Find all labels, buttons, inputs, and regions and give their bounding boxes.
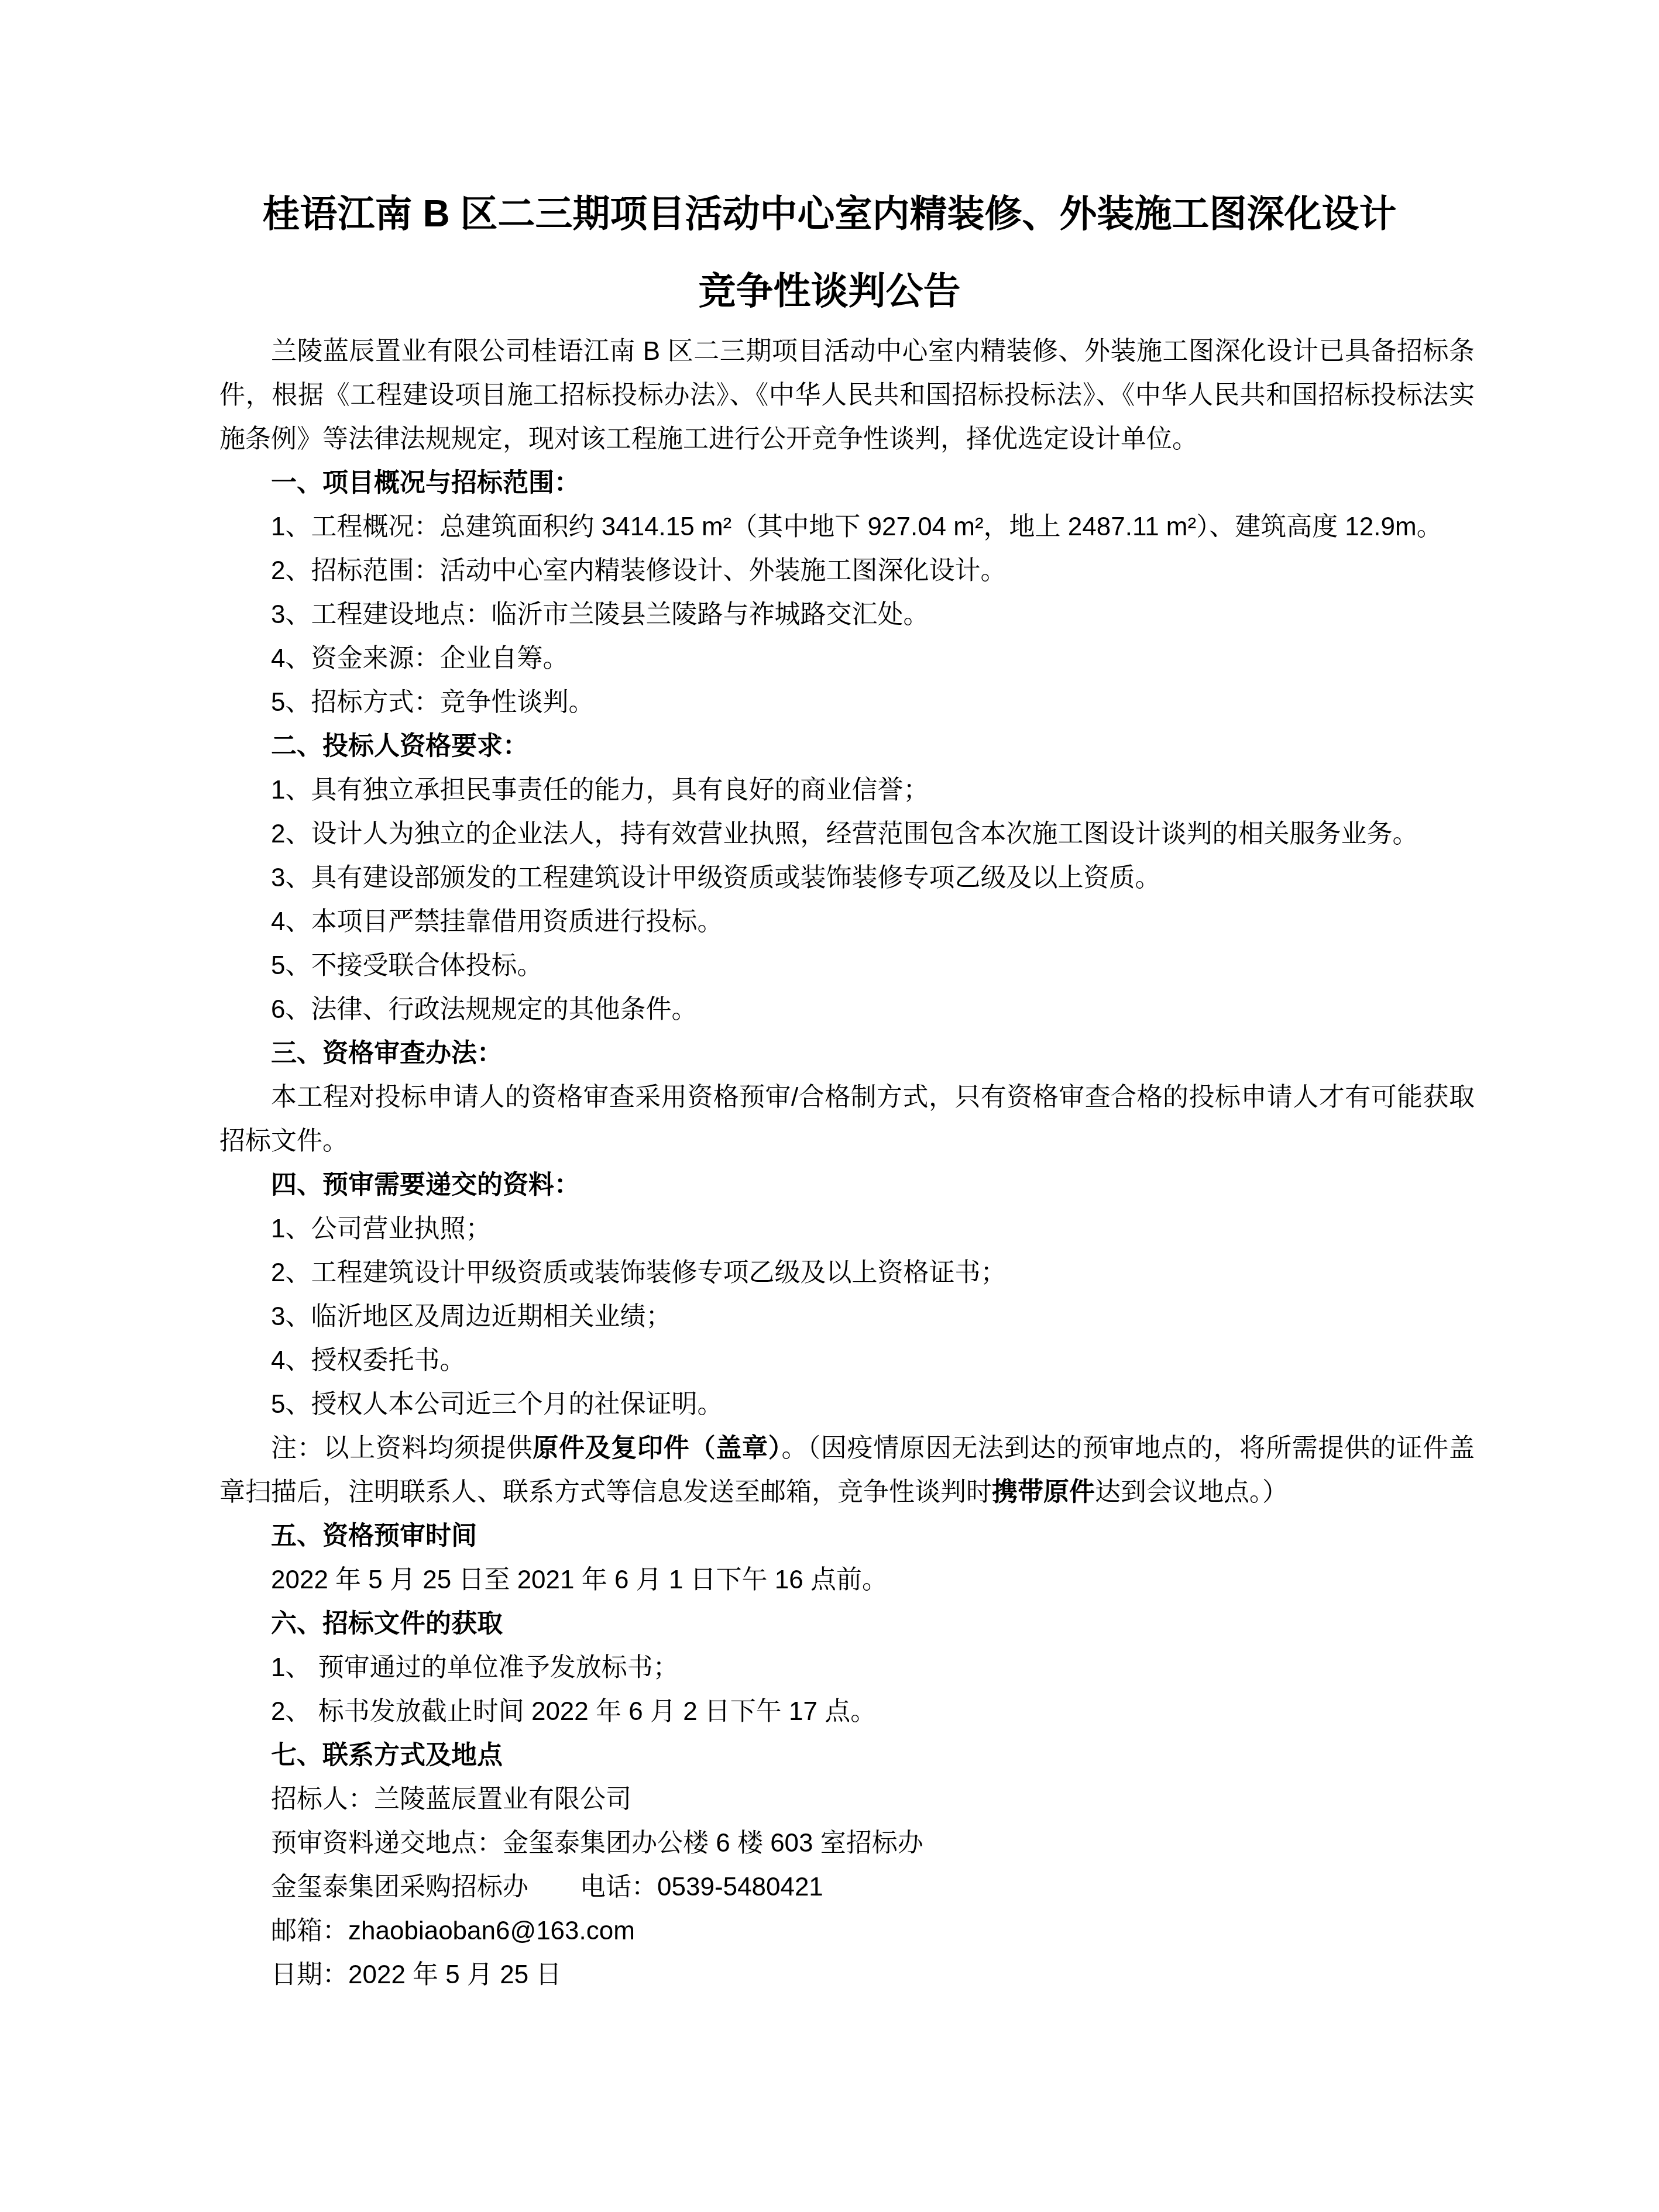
paragraph: 1、具有独立承担民事责任的能力，具有良好的商业信誉； [219,768,1475,812]
paragraph: 1、公司营业执照； [219,1207,1475,1251]
bold-text-run: 携带原件 [992,1478,1095,1506]
paragraph: 3、临沂地区及周边近期相关业绩； [219,1295,1475,1339]
text-run: 1、工程概况：总建筑面积约 3414.15 m²（其中地下 927.04 m²，… [271,512,1442,541]
paragraph: 2、设计人为独立的企业法人，持有效营业执照，经营范围包含本次施工图设计谈判的相关… [219,812,1475,856]
text-run: 注：以上资料均须提供 [271,1434,533,1463]
paragraph: 本工程对投标申请人的资格审查采用资格预审/合格制方式，只有资格审查合格的投标申请… [219,1075,1475,1163]
text-run: 金玺泰集团采购招标办 电话：0539-5480421 [271,1873,823,1901]
document-body: 兰陵蓝辰置业有限公司桂语江南 B 区二三期项目活动中心室内精装修、外装施工图深化… [0,329,1659,1997]
paragraph: 预审资料递交地点：金玺泰集团办公楼 6 楼 603 室招标办 [219,1821,1475,1865]
paragraph: 1、工程概况：总建筑面积约 3414.15 m²（其中地下 927.04 m²，… [219,505,1475,549]
document-page: 桂语江南 B 区二三期项目活动中心室内精装修、外装施工图深化设计 竞争性谈判公告… [0,0,1659,2212]
text-run: 5、授权人本公司近三个月的社保证明。 [271,1390,723,1419]
text-run: 1、公司营业执照； [271,1215,491,1243]
text-run: 四、预审需要递交的资料： [271,1171,580,1199]
paragraph: 1、 预审通过的单位准予发放标书； [219,1646,1475,1690]
document-title-line1: 桂语江南 B 区二三期项目活动中心室内精装修、外装施工图深化设计 [0,175,1659,252]
paragraph: 4、授权委托书。 [219,1339,1475,1382]
paragraph: 3、具有建设部颁发的工程建筑设计甲级资质或装饰装修专项乙级及以上资质。 [219,856,1475,900]
text-run: 5、不接受联合体投标。 [271,951,542,980]
text-run: 1、具有独立承担民事责任的能力，具有良好的商业信誉； [271,776,929,804]
section-heading: 三、资格审查办法： [219,1031,1475,1075]
text-run: 3、工程建设地点：临沂市兰陵县兰陵路与祚城路交汇处。 [271,600,929,629]
section-heading: 二、投标人资格要求： [219,724,1475,768]
text-run: 招标人：兰陵蓝辰置业有限公司 [271,1785,631,1814]
paragraph: 2、招标范围：活动中心室内精装修设计、外装施工图深化设计。 [219,549,1475,593]
text-run: 达到会议地点。） [1095,1478,1288,1506]
paragraph: 5、不接受联合体投标。 [219,944,1475,988]
paragraph: 注：以上资料均须提供原件及复印件（盖章）。（因疫情原因无法到达的预审地点的，将所… [219,1426,1475,1514]
paragraph: 邮箱：zhaobiaoban6@163.com [219,1909,1475,1953]
section-heading: 七、联系方式及地点 [219,1733,1475,1777]
text-run: 六、招标文件的获取 [271,1609,503,1638]
paragraph: 招标人：兰陵蓝辰置业有限公司 [219,1777,1475,1821]
paragraph: 2、 标书发放截止时间 2022 年 6 月 2 日下午 17 点。 [219,1690,1475,1733]
paragraph: 4、本项目严禁挂靠借用资质进行投标。 [219,900,1475,944]
section-heading: 一、项目概况与招标范围： [219,461,1475,505]
paragraph: 2、工程建筑设计甲级资质或装饰装修专项乙级及以上资格证书； [219,1251,1475,1295]
paragraph: 金玺泰集团采购招标办 电话：0539-5480421 [219,1865,1475,1909]
paragraph: 3、工程建设地点：临沂市兰陵县兰陵路与祚城路交汇处。 [219,593,1475,637]
text-run: 日期：2022 年 5 月 25 日 [271,1960,561,1989]
paragraph: 兰陵蓝辰置业有限公司桂语江南 B 区二三期项目活动中心室内精装修、外装施工图深化… [219,329,1475,461]
paragraph: 4、资金来源：企业自筹。 [219,637,1475,680]
text-run: 3、具有建设部颁发的工程建筑设计甲级资质或装饰装修专项乙级及以上资质。 [271,864,1160,892]
paragraph: 2022 年 5 月 25 日至 2021 年 6 月 1 日下午 16 点前。 [219,1558,1475,1602]
text-run: 兰陵蓝辰置业有限公司桂语江南 B 区二三期项目活动中心室内精装修、外装施工图深化… [219,337,1475,453]
section-heading: 五、资格预审时间 [219,1514,1475,1558]
text-run: 五、资格预审时间 [271,1522,477,1550]
document-title-block: 桂语江南 B 区二三期项目活动中心室内精装修、外装施工图深化设计 竞争性谈判公告 [0,0,1659,329]
text-run: 4、本项目严禁挂靠借用资质进行投标。 [271,907,723,936]
section-heading: 四、预审需要递交的资料： [219,1163,1475,1207]
text-run: 1、 预审通过的单位准予发放标书； [271,1653,679,1682]
text-run: 2022 年 5 月 25 日至 2021 年 6 月 1 日下午 16 点前。 [271,1566,888,1594]
text-run: 3、临沂地区及周边近期相关业绩； [271,1302,671,1331]
text-run: 预审资料递交地点：金玺泰集团办公楼 6 楼 603 室招标办 [271,1829,923,1857]
text-run: 4、授权委托书。 [271,1346,465,1375]
text-run: 邮箱：zhaobiaoban6@163.com [271,1917,635,1945]
text-run: 本工程对投标申请人的资格审查采用资格预审/合格制方式，只有资格审查合格的投标申请… [219,1083,1475,1155]
paragraph: 5、招标方式：竞争性谈判。 [219,680,1475,724]
paragraph: 5、授权人本公司近三个月的社保证明。 [219,1382,1475,1426]
paragraph: 6、法律、行政法规规定的其他条件。 [219,988,1475,1031]
text-run: 4、资金来源：企业自筹。 [271,644,568,673]
text-run: 2、招标范围：活动中心室内精装修设计、外装施工图深化设计。 [271,556,1006,585]
text-run: 5、招标方式：竞争性谈判。 [271,688,594,717]
text-run: 2、工程建筑设计甲级资质或装饰装修专项乙级及以上资格证书； [271,1258,1006,1287]
text-run: 二、投标人资格要求： [271,732,528,761]
section-heading: 六、招标文件的获取 [219,1602,1475,1646]
document-title-line2: 竞争性谈判公告 [0,252,1659,329]
text-run: 2、设计人为独立的企业法人，持有效营业执照，经营范围包含本次施工图设计谈判的相关… [271,820,1418,848]
bold-text-run: 原件及复印件（盖章） [533,1434,781,1463]
text-run: 七、联系方式及地点 [271,1741,503,1770]
text-run: 2、 标书发放截止时间 2022 年 6 月 2 日下午 17 点。 [271,1697,876,1726]
text-run: 三、资格审查办法： [271,1039,503,1068]
text-run: 一、项目概况与招标范围： [271,469,580,497]
paragraph: 日期：2022 年 5 月 25 日 [219,1953,1475,1997]
text-run: 6、法律、行政法规规定的其他条件。 [271,995,697,1024]
